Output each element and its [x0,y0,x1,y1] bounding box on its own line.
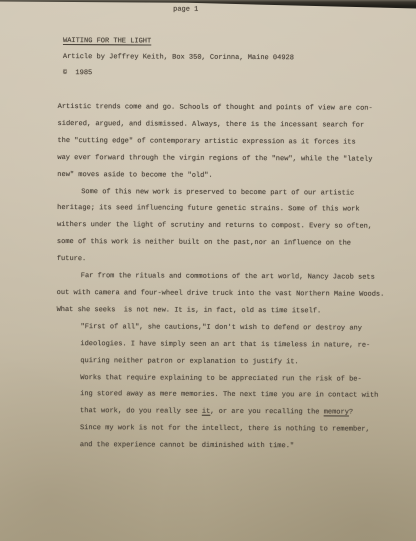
text-line: sidered, argued, and dismissed. Always, … [58,116,408,135]
text-line: Since my work is not for the intellect, … [80,420,406,439]
article-byline: Article by Jeffrey Keith, Box 350, Corin… [63,52,294,63]
copyright-line: © 1985 [63,68,92,78]
paragraph: Far from the rituals and commotions of t… [57,268,407,321]
article-body: Artistic trends come and go. Schools of … [56,99,408,456]
text-segment: , or are you recalling the [210,408,323,417]
text-line: the "cutting edge" of contemporary artis… [57,133,407,152]
text-segment: that work, do you really see [80,407,202,416]
text-line: ideologies. I have simply seen an art th… [80,336,406,355]
text-line: future. [57,251,407,270]
text-line: some of this work is neither built on th… [57,234,407,253]
paragraph: Artistic trends come and go. Schools of … [57,99,407,185]
text-line: and the experience cannot be diminished … [80,437,406,456]
text-line: Far from the rituals and commotions of t… [57,268,407,287]
text-line: Artistic trends come and go. Schools of … [58,99,408,118]
text-line: new" moves aside to become the "old". [57,167,407,186]
text-segment: ? [349,409,353,417]
text-line: What she seeks is not new. It is, in fac… [57,302,407,321]
quote-paragraph: "First of all", she cautions,"I don't wi… [80,319,407,456]
text-line: "First of all", she cautions,"I don't wi… [80,319,406,338]
text-line: that work, do you really see it, or are … [80,403,406,422]
text-line: heritage; its seed influencing future ge… [57,200,407,219]
text-line: withers under the light of scrutiny and … [57,217,407,236]
page-number-label: page 1 [173,5,198,15]
paper: page 1 WAITING FOR THE LIGHT Article by … [0,0,416,541]
text-line: ing stored away as mere memories. The ne… [80,387,406,406]
paragraph: Some of this new work is preserved to be… [57,184,407,270]
underlined-word: memory [324,409,349,417]
underlined-word: it [202,408,210,416]
text-line: way ever forward through the virgin regi… [57,150,407,169]
text-line: Works that require explaining to be appr… [80,370,406,389]
scan-background: page 1 WAITING FOR THE LIGHT Article by … [0,0,416,541]
text-line: Some of this new work is preserved to be… [57,184,407,203]
page-content: page 1 WAITING FOR THE LIGHT Article by … [0,0,416,541]
article-title: WAITING FOR THE LIGHT [63,36,151,46]
text-line: out with camera and four-wheel drive tru… [57,285,407,304]
text-line: quiring neither patron or explanation to… [80,353,406,372]
